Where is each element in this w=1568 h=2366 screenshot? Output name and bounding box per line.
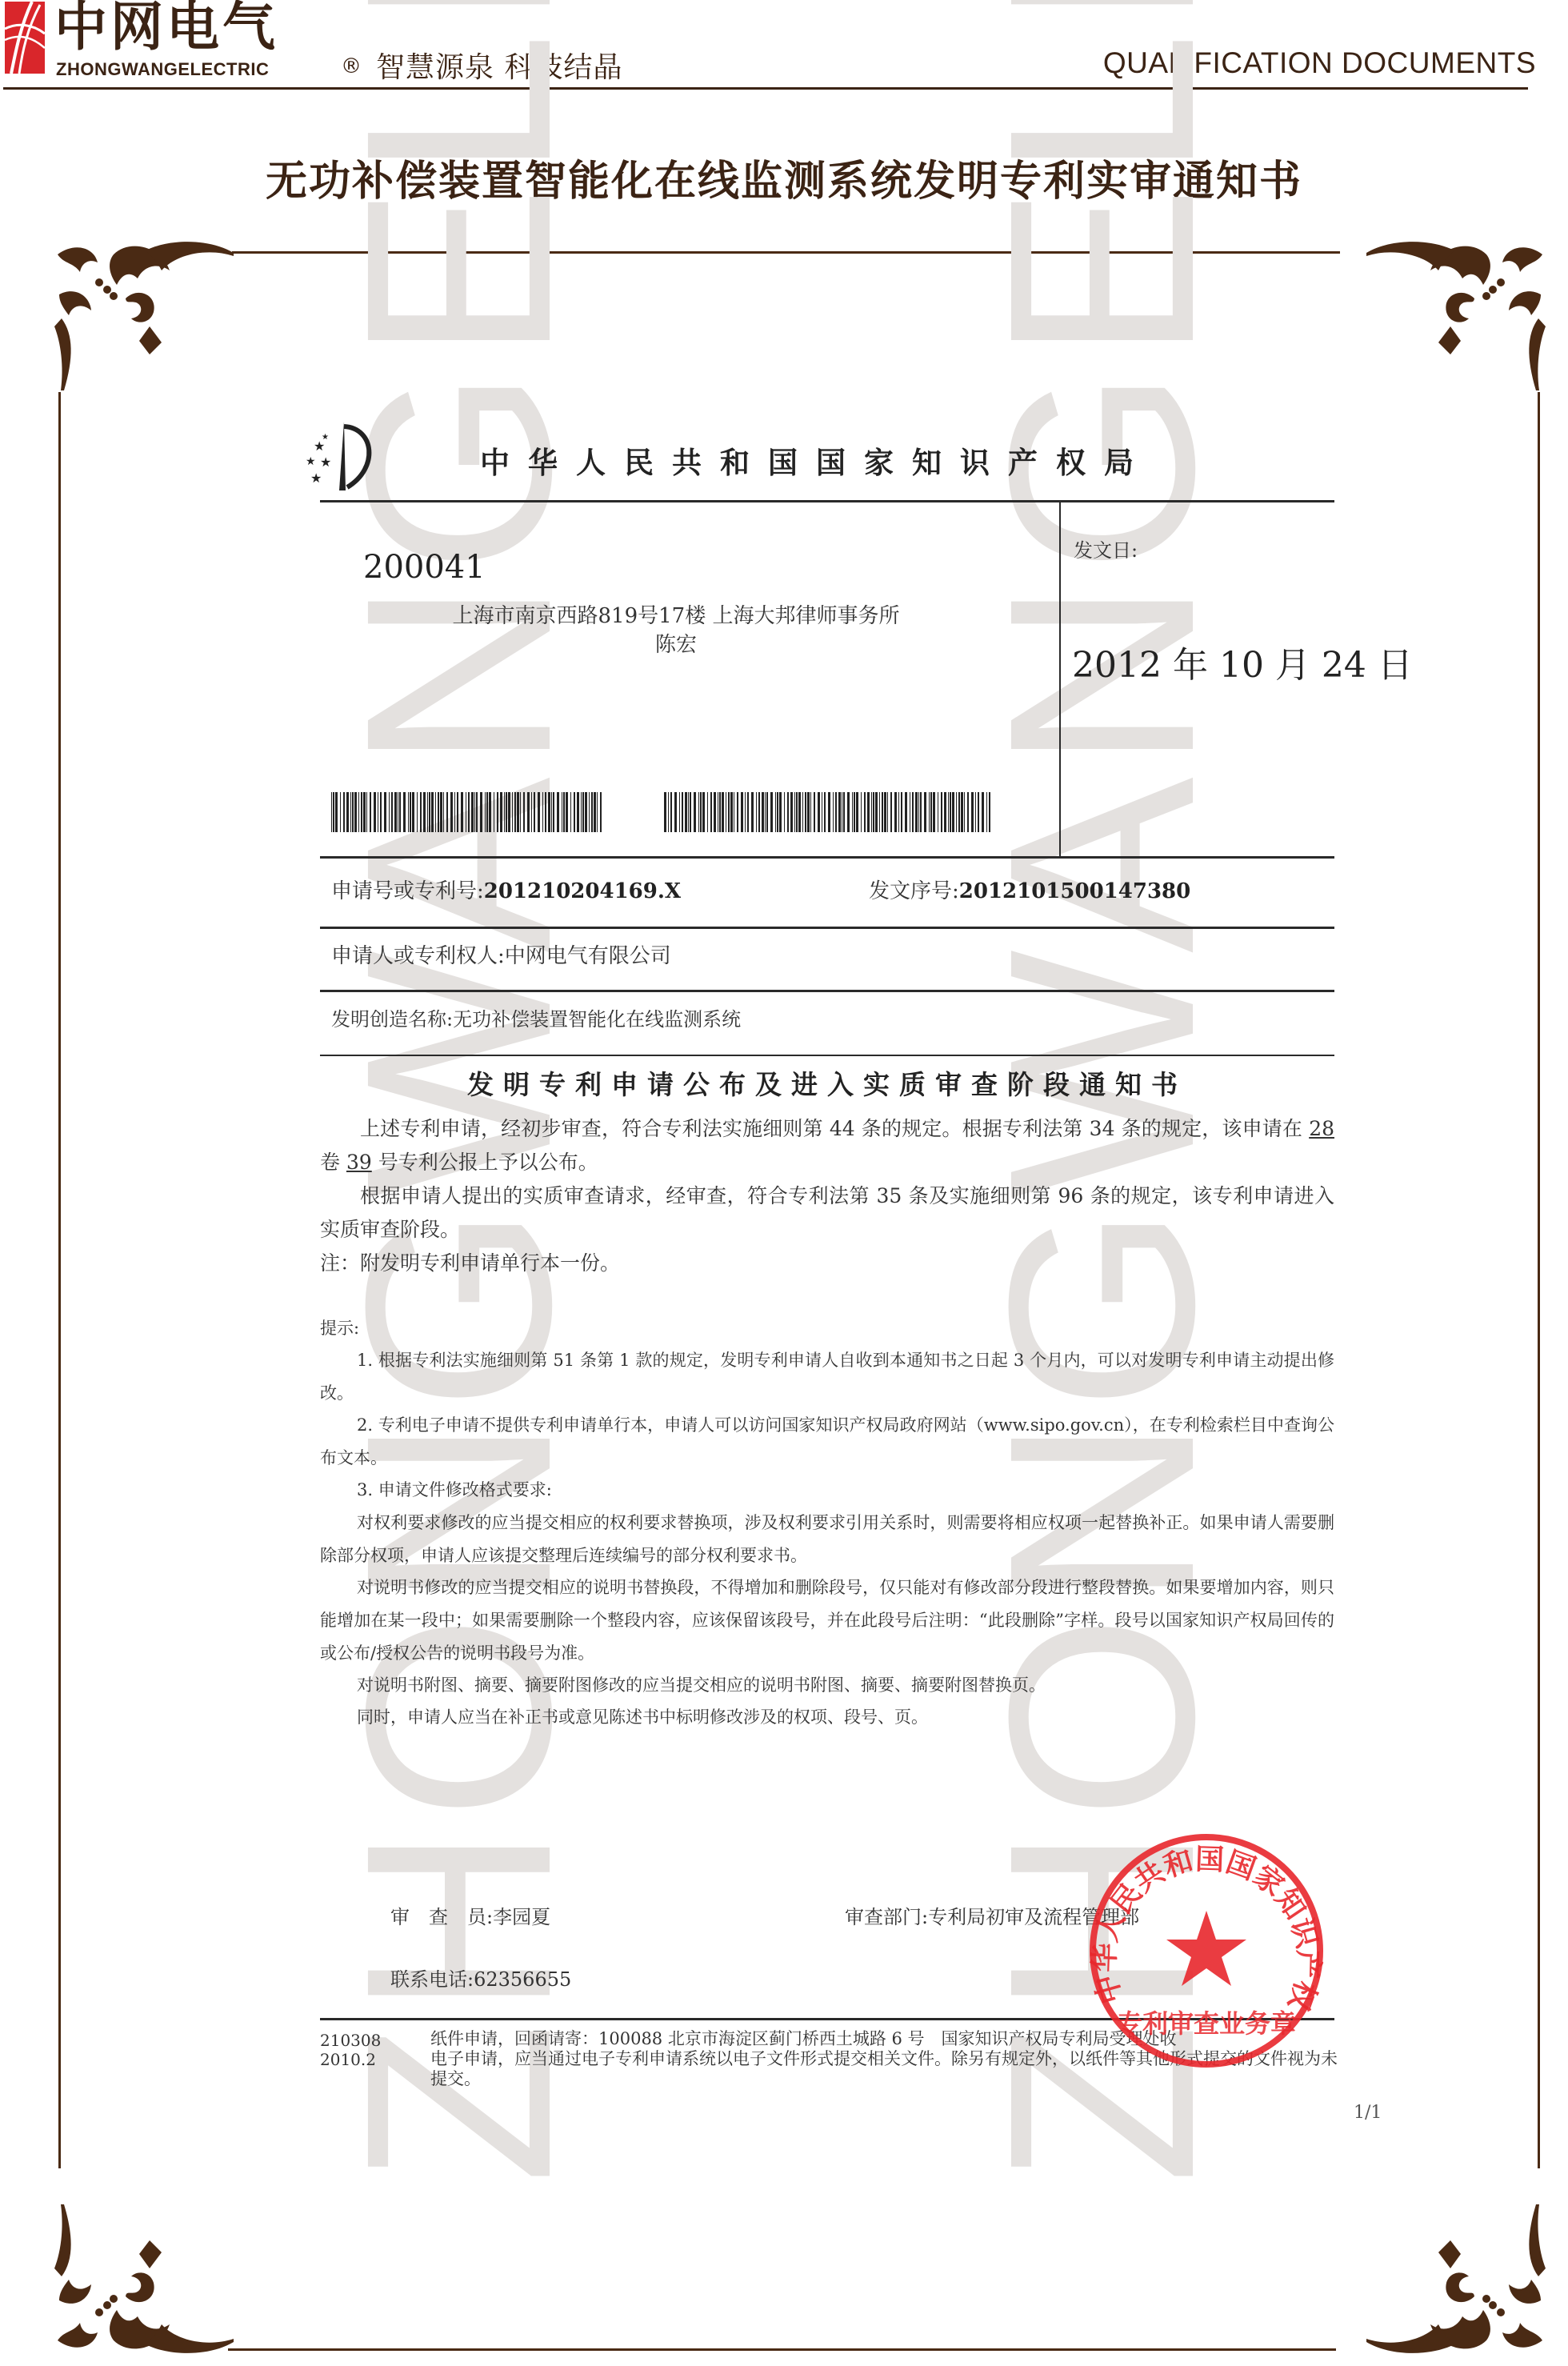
svg-text:★: ★ xyxy=(320,454,331,470)
phone-field: 联系电话:62356655 xyxy=(390,1964,571,1992)
recipient-name: 陈宏 xyxy=(432,631,920,659)
invention-title-field: 发明创造名称:无功补偿装置智能化在线监测系统 xyxy=(331,1003,741,1031)
invention-title-label: 发明创造名称: xyxy=(331,1008,453,1031)
notice-title: 发明专利申请公布及进入实质审查阶段通知书 xyxy=(320,1064,1334,1102)
sipo-emblem-icon: ★ ★ ★ ★ ★ xyxy=(302,420,390,492)
divider-fields-1 xyxy=(320,856,1334,859)
page-number: 1/1 xyxy=(1354,2103,1382,2123)
application-number-field: 申请号或专利号:201210204169.X xyxy=(331,875,681,904)
gazette-issue: 39 xyxy=(346,1151,372,1174)
applicant-label: 申请人或专利权人: xyxy=(331,944,505,968)
tip-3-marking: 同时，申请人应当在补正书或意见陈述书中标明修改涉及的权项、段号、页。 xyxy=(320,1701,1334,1734)
body-paragraph-2: 根据申请人提出的实质审查请求，经审查，符合专利法第 35 条及实施细则第 96 … xyxy=(320,1179,1334,1247)
examiner-name: 李园夏 xyxy=(493,1906,550,1928)
official-seal-icon: 中华人民共和国国家知识产权局 专利审查业务章 xyxy=(1078,1823,1334,2079)
applicant-field: 申请人或专利权人:中网电气有限公司 xyxy=(331,939,671,969)
issue-date: 2012 年 10 月 24 日 xyxy=(1072,636,1413,687)
form-date: 2010.2 xyxy=(320,2050,376,2069)
issuer-name: 中华人民共和国国家知识产权局 xyxy=(480,438,1152,482)
divider-fields-2 xyxy=(320,927,1334,929)
applicant: 中网电气有限公司 xyxy=(505,944,671,968)
patent-notice-document: ★ ★ ★ ★ ★ 中华人民共和国国家知识产权局 200041 上海市南京西路8… xyxy=(0,0,1568,2366)
phone-number: 62356655 xyxy=(474,1968,571,1991)
divider-fields-4 xyxy=(320,1055,1334,1056)
barcode-1-icon xyxy=(331,792,606,832)
svg-text:专利审查业务章: 专利审查业务章 xyxy=(1117,2008,1296,2039)
invention-title: 无功补偿装置智能化在线监测系统 xyxy=(453,1008,741,1031)
recipient-address: 上海市南京西路819号17楼 上海大邦律师事务所 xyxy=(432,602,920,631)
tip-1: 1. 根据专利法实施细则第 51 条第 1 款的规定，发明专利申请人自收到本通知… xyxy=(320,1344,1334,1410)
tip-3: 3. 申请文件修改格式要求: xyxy=(320,1474,1334,1507)
examiner-label: 审 查 员: xyxy=(390,1906,493,1928)
divider-top xyxy=(320,500,1334,502)
recipient-address-block: 上海市南京西路819号17楼 上海大邦律师事务所 陈宏 xyxy=(432,602,920,659)
department-label: 审查部门: xyxy=(845,1906,928,1928)
body-paragraph-1: 上述专利申请，经初步审查，符合专利法实施细则第 44 条的规定。根据专利法第 3… xyxy=(320,1112,1334,1179)
form-code: 210308 xyxy=(320,2031,381,2050)
phone-label: 联系电话: xyxy=(390,1968,474,1991)
tips-label: 提示: xyxy=(320,1312,1334,1345)
application-number: 201210204169.X xyxy=(484,879,681,903)
issue-date-label: 发文日: xyxy=(1074,534,1138,562)
attachment-note: 注：附发明专利申请单行本一份。 xyxy=(320,1247,1334,1280)
svg-text:★: ★ xyxy=(310,470,322,486)
tip-3-drawings: 对说明书附图、摘要、摘要附图修改的应当提交相应的说明书附图、摘要、摘要附图替换页… xyxy=(320,1669,1334,1702)
examiner-field: 审 查 员:李园夏 xyxy=(390,1901,550,1929)
svg-text:★: ★ xyxy=(322,433,329,442)
barcode-2-icon xyxy=(664,792,992,832)
date-column-divider xyxy=(1059,500,1061,856)
gazette-volume: 28 xyxy=(1309,1117,1334,1140)
recipient-postcode: 200041 xyxy=(363,549,486,586)
divider-fields-3 xyxy=(320,990,1334,992)
application-number-label: 申请号或专利号: xyxy=(331,879,484,903)
svg-text:★: ★ xyxy=(306,455,316,468)
tip-3-description: 对说明书修改的应当提交相应的说明书替换段，不得增加和删除段号，仅只能对有修改部分… xyxy=(320,1571,1334,1670)
svg-text:中华人民共和国国家知识产权局: 中华人民共和国国家知识产权局 xyxy=(1078,1823,1325,2015)
serial-number: 2012101500147380 xyxy=(959,879,1190,903)
serial-number-label: 发文序号: xyxy=(869,879,959,903)
tip-3-claims: 对权利要求修改的应当提交相应的权利要求替换项，涉及权利要求引用关系时，则需要将相… xyxy=(320,1507,1334,1572)
serial-number-field: 发文序号:2012101500147380 xyxy=(869,875,1190,904)
tip-2: 2. 专利电子申请不提供专利申请单行本，申请人可以访问国家知识产权局政府网站（w… xyxy=(320,1409,1334,1475)
